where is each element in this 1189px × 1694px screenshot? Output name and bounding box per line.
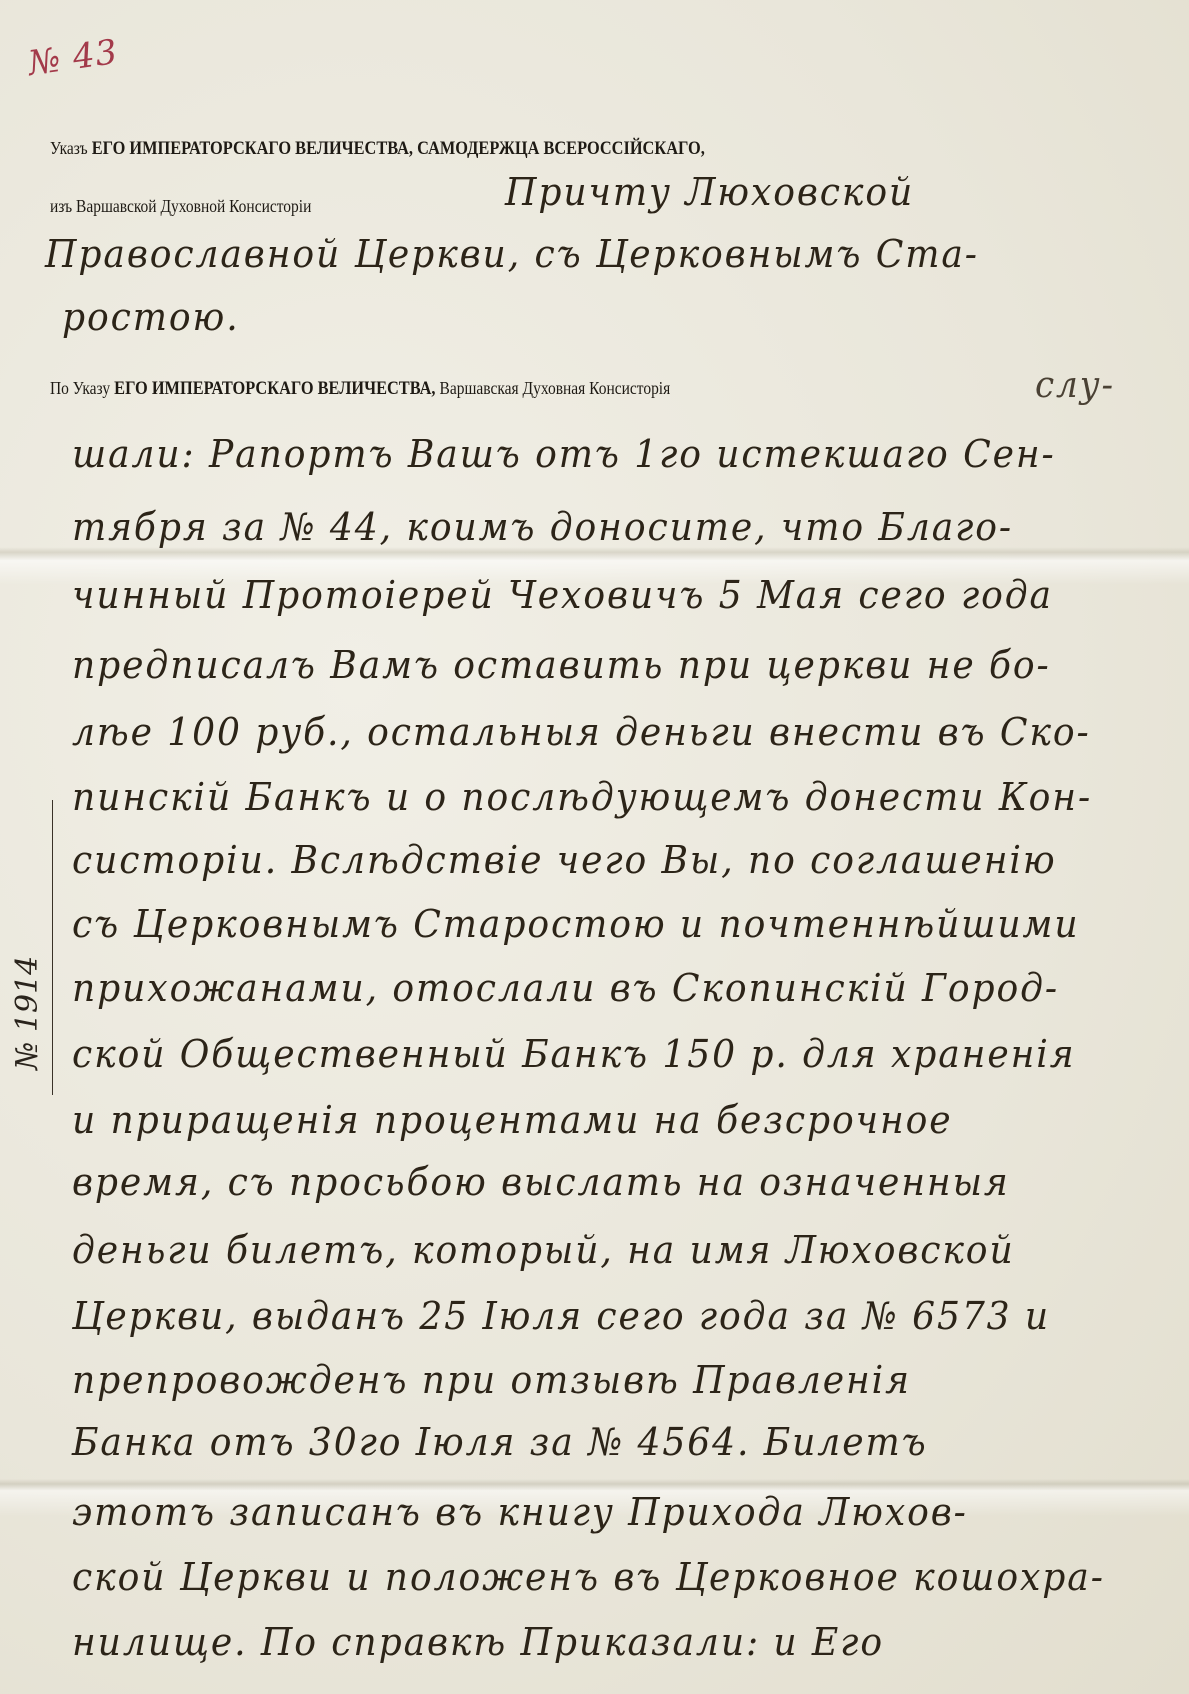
body-line-9: прихожанами, отослали въ Скопинскій Горо… — [72, 966, 1059, 1010]
body-line-16: Банка отъ 30го Іюля за № 4564. Билетъ — [72, 1420, 928, 1464]
consistory-origin: изъ Варшавской Духовной Консисторіи — [50, 196, 311, 216]
body-line-3: чинный Протоіерей Чеховичъ 5 Мая сего го… — [72, 573, 1053, 617]
header-title: ЕГО ИМПЕРАТОРСКАГО ВЕЛИЧЕСТВА, САМОДЕРЖЦ… — [92, 138, 705, 159]
body-line-2: тября за № 44, коимъ доносите, что Благо… — [72, 505, 1013, 549]
addressee-handwritten: Причту Люховской — [505, 170, 914, 214]
decree-title: ЕГО ИМПЕРАТОРСКАГО ВЕЛИЧЕСТВА, — [114, 378, 435, 399]
margin-rule — [52, 800, 53, 1095]
body-line-11: и приращенія процентами на безсрочное — [72, 1098, 953, 1142]
body-line-4: предписалъ Вамъ оставить при церкви не б… — [72, 643, 1051, 687]
body-line-12: время, съ просьбою выслать на означенныя — [72, 1160, 1010, 1204]
body-line-17: этотъ записанъ въ книгу Прихода Люхов- — [72, 1490, 968, 1534]
decree-suffix: Варшавская Духовная Консисторія — [440, 378, 671, 398]
body-line-8: съ Церковнымъ Старостою и почтеннѣйшими — [72, 902, 1079, 946]
document-page: № 43 Указъ ЕГО ИМПЕРАТОРСКАГО ВЕЛИЧЕСТВА… — [0, 0, 1189, 1694]
body-line-7: систоріи. Вслѣдствіе чего Вы, по соглаше… — [72, 838, 1057, 882]
body-line-10: ской Общественный Банкъ 150 р. для хране… — [72, 1032, 1076, 1076]
body-line-19: нилище. По справкѣ Приказали: и Его — [72, 1620, 884, 1664]
body-line-15: препровожденъ при отзывѣ Правленія — [72, 1358, 911, 1402]
red-registry-mark: № 43 — [26, 32, 121, 84]
margin-registry-number: № 1914 — [10, 956, 45, 1070]
decree-printed-line: По Указу ЕГО ИМПЕРАТОРСКАГО ВЕЛИЧЕСТВА, … — [50, 378, 670, 400]
body-line-5: лѣе 100 руб., остальныя деньги внести въ… — [72, 710, 1091, 754]
addressee-line-3: Православной Церкви, съ Церковнымъ Ста- — [45, 232, 979, 276]
header-line-2-printed: изъ Варшавской Духовной Консисторіи — [50, 196, 311, 218]
body-line-13: деньги билетъ, который, на имя Люховской — [72, 1228, 1015, 1272]
body-line-6: пинскій Банкъ и о послѣдующемъ донести К… — [72, 775, 1092, 819]
body-line-1: шали: Рапортъ Вашъ отъ 1го истекшаго Сен… — [72, 432, 1056, 476]
header-line-1: Указъ ЕГО ИМПЕРАТОРСКАГО ВЕЛИЧЕСТВА, САМ… — [50, 138, 705, 160]
addressee-line-4: ростою. — [62, 295, 240, 339]
header-prefix: Указъ — [50, 138, 88, 158]
decree-handwritten-tail: слу- — [1035, 365, 1115, 406]
body-line-14: Церкви, выданъ 25 Іюля сего года за № 65… — [72, 1294, 1050, 1338]
body-line-18: ской Церкви и положенъ въ Церковное кошо… — [72, 1555, 1105, 1599]
decree-prefix: По Указу — [50, 378, 110, 398]
